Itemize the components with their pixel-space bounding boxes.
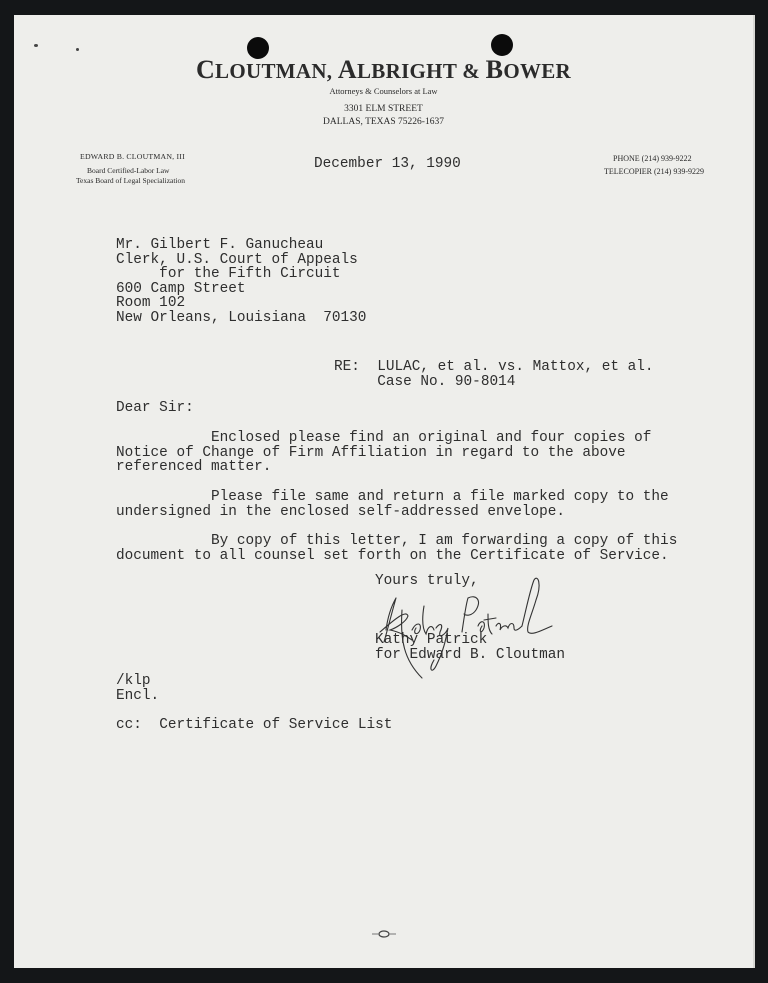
scan-speck	[34, 44, 38, 47]
firm-street: 3301 ELM STREET	[14, 104, 753, 114]
letter-date: December 13, 1990	[314, 157, 461, 172]
signature-block: Kathy Patrickfor Edward B. Cloutman	[375, 633, 565, 662]
salutation: Dear Sir:	[116, 401, 194, 416]
recipient-line: 600 Camp Street	[116, 282, 366, 297]
recipient-line: for the Fifth Circuit	[116, 267, 366, 282]
scan-speck	[76, 48, 79, 51]
paragraph-line: By copy of this letter, I am forwarding …	[116, 534, 677, 549]
firm-city: DALLAS, TEXAS 75226-1637	[14, 117, 753, 127]
typist-initials: /klp	[116, 674, 159, 689]
recipient-line: Mr. Gilbert F. Ganucheau	[116, 238, 366, 253]
paragraph-line: Please file same and return a file marke…	[116, 490, 669, 505]
signer-name: Kathy Patrick	[375, 633, 565, 648]
recipient-address: Mr. Gilbert F. GanucheauClerk, U.S. Cour…	[116, 238, 366, 326]
letter-page: CLOUTMAN, ALBRIGHT & BOWER Attorneys & C…	[14, 15, 755, 968]
enclosure-notation: Encl.	[116, 689, 159, 704]
recipient-line: New Orleans, Louisiana 70130	[116, 311, 366, 326]
paragraph-line: referenced matter.	[116, 460, 651, 475]
body-paragraph-3: By copy of this letter, I am forwarding …	[116, 534, 677, 563]
firm-telecopier: TELECOPIER (214) 939-9229	[604, 167, 704, 176]
body-paragraph-2: Please file same and return a file marke…	[116, 490, 669, 519]
handwritten-signature-icon	[366, 570, 556, 680]
paragraph-line: undersigned in the enclosed self-address…	[116, 505, 669, 520]
firm-phone: PHONE (214) 939-9222	[613, 154, 692, 163]
paragraph-line: document to all counsel set forth on the…	[116, 549, 677, 564]
signer-on-behalf-of: for Edward B. Cloutman	[375, 648, 565, 663]
firm-tagline: Attorneys & Counselors at Law	[14, 86, 753, 96]
re-case-number: Case No. 90-8014	[377, 374, 515, 390]
re-case-title: LULAC, et al. vs. Mattox, et al.	[377, 359, 653, 375]
attorney-certification-board: Texas Board of Legal Specialization	[76, 176, 185, 185]
cc-notation: cc: Certificate of Service List	[116, 718, 392, 733]
re-label: RE:	[334, 359, 360, 375]
recipient-line: Clerk, U.S. Court of Appeals	[116, 253, 366, 268]
attorney-certification: Board Certified-Labor Law	[87, 166, 169, 175]
body-paragraph-1: Enclosed please find an original and fou…	[116, 431, 651, 475]
paragraph-line: Notice of Change of Firm Affiliation in …	[116, 446, 651, 461]
cc-label: cc:	[116, 717, 142, 733]
attorney-name: EDWARD B. CLOUTMAN, III	[80, 152, 185, 161]
punch-hole-right	[491, 34, 513, 56]
paragraph-line: Enclosed please find an original and fou…	[116, 431, 651, 446]
union-label-icon	[372, 930, 396, 938]
reference-notations: /klpEncl.	[116, 674, 159, 703]
firm-name: CLOUTMAN, ALBRIGHT & BOWER	[14, 55, 753, 85]
re-block: RE: LULAC, et al. vs. Mattox, et al. Cas…	[334, 360, 654, 389]
cc-recipient: Certificate of Service List	[159, 717, 392, 733]
recipient-line: Room 102	[116, 296, 366, 311]
